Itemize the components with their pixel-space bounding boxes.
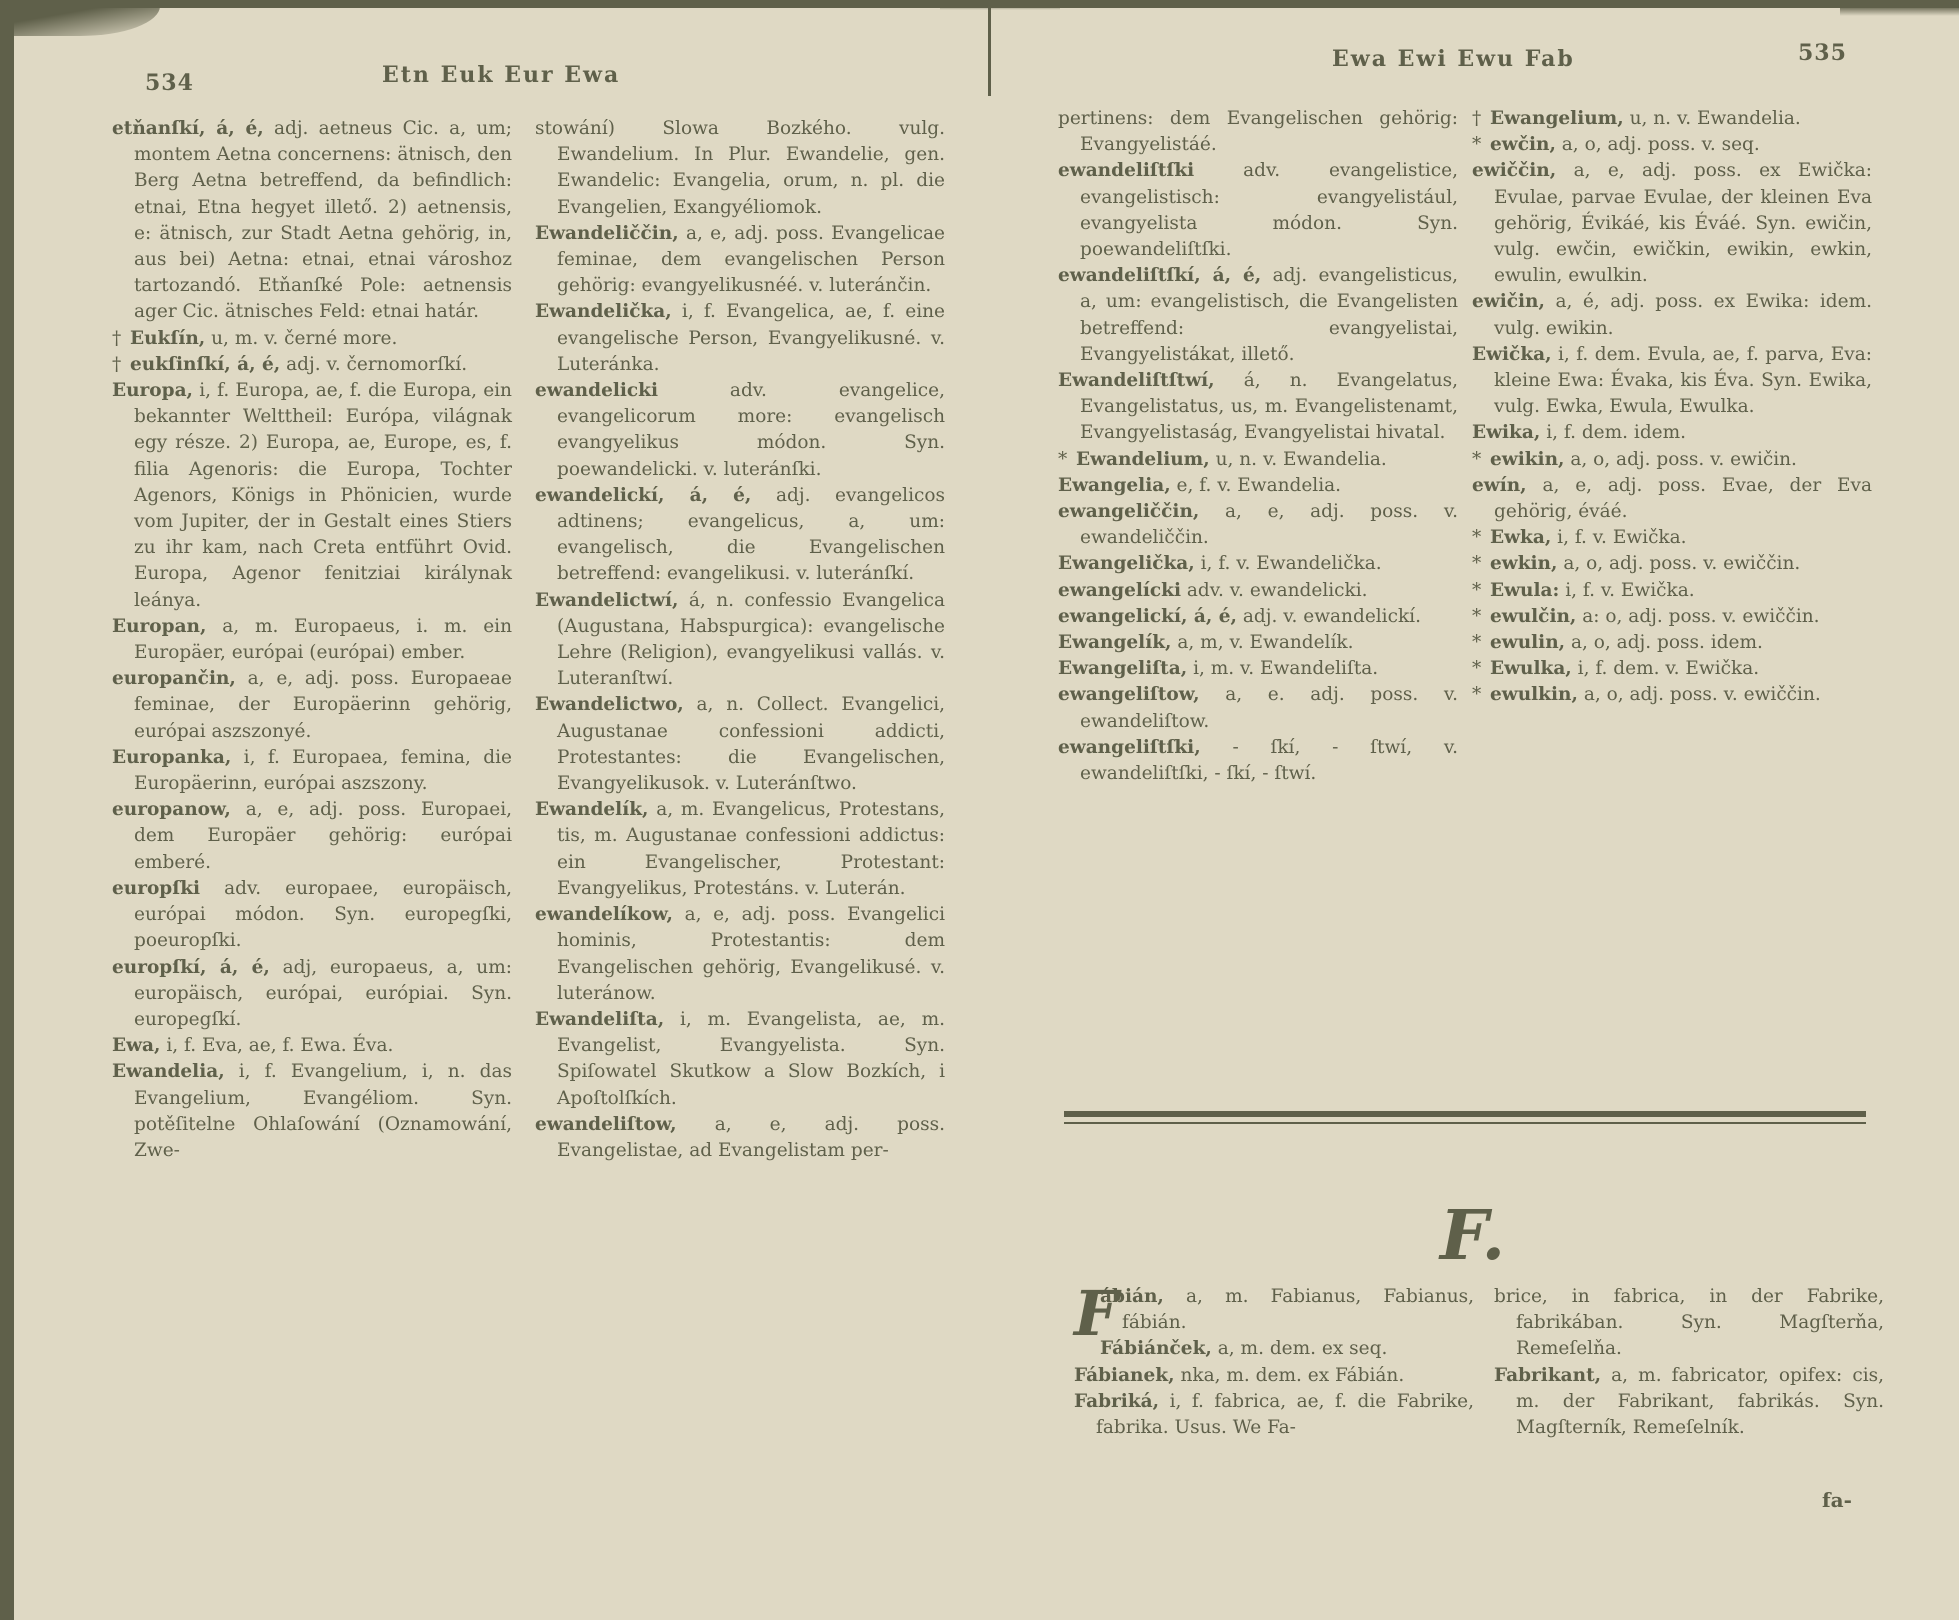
dictionary-entry: Ewandelička, i, f. Evangelica, ae, f. ei… (535, 299, 945, 378)
asterisk-icon: * (1472, 551, 1490, 577)
entry-definition: a: o, adj. poss. v. ewiččin. (1582, 606, 1819, 627)
entry-definition: stowání) Slowa Bozkého. vulg. Ewandelium… (535, 118, 945, 218)
entry-definition: a, m. dem. ex seq. (1218, 1338, 1388, 1359)
asterisk-icon: * (1472, 656, 1490, 682)
dictionary-entry: ewandeliſtſkí, á, é, adj. evangelisticus… (1058, 263, 1458, 368)
entry-definition: a, e, adj. poss. Evae, der Eva gehörig, … (1494, 475, 1872, 522)
dictionary-entry: *Ewandelium, u, n. v. Ewandelia. (1058, 447, 1458, 473)
entry-headword: Ewula: (1490, 580, 1559, 601)
section-letter-heading: F. (1440, 1196, 1505, 1276)
entry-headword: ewandelicki (535, 380, 658, 401)
page-number: 535 (1798, 40, 1847, 66)
entry-headword: ewulkin, (1490, 684, 1578, 705)
section-column-2: brice, in fabrica, in der Fabrike, fabri… (1494, 1284, 1884, 1441)
dictionary-entry: †Eukſín, u, m. v. černé more. (112, 326, 512, 352)
entry-headword: Ewandelictwo, (535, 694, 684, 715)
entry-definition: adj. v. ewandelickí. (1243, 606, 1421, 627)
entry-definition: adj. v. černomorſkí. (286, 354, 467, 375)
entry-headword: europanow, (112, 799, 231, 820)
dictionary-entry: ewandelickí, á, é, adj. evangelicos adti… (535, 483, 945, 588)
scan-border-left (0, 0, 14, 1620)
dictionary-entry: †eukſinſkí, á, é, adj. v. černomorſkí. (112, 352, 512, 378)
asterisk-icon: * (1472, 525, 1490, 551)
gutter-shadow (940, 0, 1060, 10)
asterisk-icon: * (1472, 682, 1490, 708)
obsolete-dagger-icon: † (112, 326, 130, 352)
dictionary-entry: *Ewulka, i, f. dem. v. Ewička. (1472, 656, 1872, 682)
dictionary-entry: ewín, a, e, adj. poss. Evae, der Eva geh… (1472, 473, 1872, 525)
entry-definition: i, f. v. Ewička. (1557, 527, 1686, 548)
asterisk-icon: * (1472, 578, 1490, 604)
entry-headword: Ewa, (112, 1035, 160, 1056)
dictionary-entry: Europa, i, f. Europa, ae, f. die Europa,… (112, 378, 512, 614)
dictionary-entry: *ewulin, a, o, adj. poss. idem. (1472, 630, 1872, 656)
entry-headword: ewangeliččin, (1058, 501, 1199, 522)
dictionary-entry: *ewkin, a, o, adj. poss. v. ewiččin. (1472, 551, 1872, 577)
dictionary-entry: ewangelickí, á, é, adj. v. ewandelickí. (1058, 604, 1458, 630)
entry-headword: Ewandelík, (535, 799, 648, 820)
dictionary-entry: Ewangelička, i, f. v. Ewandelička. (1058, 551, 1458, 577)
entry-definition: a, m. Fabianus, Fabianus, fábián. (1122, 1286, 1474, 1333)
entry-definition: i, f. v. Ewandelička. (1201, 553, 1382, 574)
entry-headword: ewandeliſtſkí, á, é, (1058, 265, 1261, 286)
entry-definition: i, f. Eva, ae, f. Ewa. Éva. (166, 1035, 393, 1056)
entry-definition: i, f. v. Ewička. (1565, 580, 1694, 601)
entry-headword: Ewandelictwí, (535, 590, 678, 611)
dictionary-entry: ewangeliſtow, a, e. adj. poss. v. ewande… (1058, 682, 1458, 734)
entry-headword: ewandeliſtow, (535, 1114, 677, 1135)
dictionary-entry: *ewulkin, a, o, adj. poss. v. ewiččin. (1472, 682, 1872, 708)
dictionary-entry: Ewangelík, a, m, v. Ewandelík. (1058, 630, 1458, 656)
entry-headword: etňanſkí, á, é, (112, 118, 264, 139)
dictionary-entry: *ewulčin, a: o, adj. poss. v. ewiččin. (1472, 604, 1872, 630)
dictionary-entry: Ewika, i, f. dem. idem. (1472, 420, 1872, 446)
page-number: 534 (145, 70, 194, 96)
dictionary-entry: ewičin, a, é, adj. poss. ex Ewika: idem.… (1472, 289, 1872, 341)
dictionary-entry: Ewandelictwo, a, n. Collect. Evangelici,… (535, 692, 945, 797)
dictionary-entry: ewandeliſtſki adv. evangelistice, evange… (1058, 158, 1458, 263)
dictionary-entry: Ewička, i, f. dem. Evula, ae, f. parva, … (1472, 342, 1872, 421)
dictionary-entry: ewandelíkow, a, e, adj. poss. Evangelici… (535, 902, 945, 1007)
column-2: stowání) Slowa Bozkého. vulg. Ewandelium… (535, 116, 945, 1164)
entry-headword: eukſinſkí, á, é, (130, 354, 280, 375)
entry-headword: Eukſín, (130, 328, 205, 349)
entry-headword: ewandelickí, á, é, (535, 485, 751, 506)
entry-definition: a, o, adj. poss. v. ewiččin. (1563, 553, 1800, 574)
entry-headword: ewiččin, (1472, 160, 1556, 181)
dictionary-entry: stowání) Slowa Bozkého. vulg. Ewandelium… (535, 116, 945, 221)
dictionary-entry: ewiččin, a, e, adj. poss. ex Ewička: Evu… (1472, 158, 1872, 289)
entry-definition: a, o, adj. poss. v. ewičin. (1570, 449, 1797, 470)
entry-definition: i, f. Europa, ae, f. die Europa, ein bek… (134, 380, 512, 611)
entry-definition: u, n. v. Ewandelia. (1630, 108, 1801, 129)
dictionary-entry: ewangeliſtſki, - ſkí, - ſtwí, v. ewandel… (1058, 735, 1458, 787)
section-divider-thick (1064, 1111, 1866, 1117)
entry-headword: ewangeliſtow, (1058, 684, 1200, 705)
entry-definition: a, é, adj. poss. ex Ewika: idem. vulg. e… (1494, 291, 1872, 338)
dictionary-entry: ewangeliččin, a, e, adj. poss. v. ewande… (1058, 499, 1458, 551)
entry-definition: i, m. v. Ewandeliſta. (1193, 658, 1378, 679)
entry-definition: u, n. v. Ewandelia. (1216, 449, 1387, 470)
entry-headword: ewandelíkow, (535, 904, 673, 925)
dictionary-entry: *ewikin, a, o, adj. poss. v. ewičin. (1472, 447, 1872, 473)
dictionary-entry: Ewangelia, e, f. v. Ewandelia. (1058, 473, 1458, 499)
dictionary-entry: Fabrikant, a, m. fabricator, opifex: cis… (1494, 1363, 1884, 1442)
entry-headword: ewangelickí, á, é, (1058, 606, 1237, 627)
asterisk-icon: * (1472, 630, 1490, 656)
entry-definition: i, f. dem. idem. (1546, 422, 1686, 443)
entry-headword: Fábiánček, (1100, 1338, 1212, 1359)
entry-headword: ewkin, (1490, 553, 1557, 574)
entry-headword: Ewangelium, (1490, 108, 1624, 129)
entry-definition: nka, m. dem. ex Fábián. (1180, 1365, 1404, 1386)
page-corner-shadow (10, 6, 160, 36)
entry-definition: a, o, adj. poss. v. seq. (1562, 134, 1760, 155)
dictionary-entry: Europan, a, m. Europaeus, i. m. ein Euro… (112, 614, 512, 666)
obsolete-dagger-icon: † (112, 352, 130, 378)
entry-definition: adv. v. ewandelicki. (1187, 580, 1368, 601)
entry-definition: a, m, v. Ewandelík. (1177, 632, 1353, 653)
dictionary-entry: *ewčin, a, o, adj. poss. v. seq. (1472, 132, 1872, 158)
dictionary-entry: brice, in fabrica, in der Fabrike, fabri… (1494, 1284, 1884, 1363)
entry-headword: ewangelícki (1058, 580, 1181, 601)
entry-headword: ewandeliſtſki (1058, 160, 1194, 181)
entry-headword: Ewandeliččin, (535, 223, 679, 244)
dictionary-entry: europančin, a, e, adj. poss. Europaeae f… (112, 666, 512, 745)
dictionary-entry: ewangelícki adv. v. ewandelicki. (1058, 578, 1458, 604)
entry-headword: Europa, (112, 380, 193, 401)
running-head: Etn Euk Eur Ewa (382, 62, 620, 88)
entry-headword: Europanka, (112, 747, 231, 768)
entry-headword: Ewangelík, (1058, 632, 1171, 653)
section-divider-thin (1064, 1122, 1866, 1124)
column-2: †Ewangelium, u, n. v. Ewandelia.*ewčin, … (1472, 106, 1872, 709)
entry-definition: e, f. v. Ewandelia. (1177, 475, 1342, 496)
column-1: pertinens: dem Evangelischen gehörig: Ev… (1058, 106, 1458, 787)
entry-definition: pertinens: dem Evangelischen gehörig: Ev… (1058, 108, 1458, 155)
entry-headword: Ewandelium, (1076, 449, 1210, 470)
dictionary-entry: Ewangeliſta, i, m. v. Ewandeliſta. (1058, 656, 1458, 682)
asterisk-icon: * (1472, 132, 1490, 158)
dictionary-entry: Europanka, i, f. Europaea, femina, die E… (112, 745, 512, 797)
entry-headword: Ewangelička, (1058, 553, 1195, 574)
dictionary-entry: †Ewangelium, u, n. v. Ewandelia. (1472, 106, 1872, 132)
dictionary-entry: Ewa, i, f. Eva, ae, f. Ewa. Éva. (112, 1033, 512, 1059)
dictionary-entry: Ewandelictwí, á, n. confessio Evangelica… (535, 588, 945, 693)
page-edge-shadow (1840, 6, 1959, 16)
dictionary-entry: ewandelicki adv. evangelice, evangelicor… (535, 378, 945, 483)
entry-definition: a, o, adj. poss. idem. (1571, 632, 1763, 653)
entry-headword: Fabriká, (1074, 1391, 1159, 1412)
entry-headword: europſkí, á, é, (112, 957, 270, 978)
gutter-line (988, 8, 991, 96)
entry-headword: Ewandeliſtſtwí, (1058, 370, 1215, 391)
running-head: Ewa Ewi Ewu Fab (1332, 46, 1575, 72)
catchword: fa- (1822, 1488, 1852, 1512)
asterisk-icon: * (1472, 604, 1490, 630)
dictionary-entry: etňanſkí, á, é, adj. aetneus Cic. a, um;… (112, 116, 512, 326)
dictionary-entry: *Ewka, i, f. v. Ewička. (1472, 525, 1872, 551)
entry-headword: Ewandeliſta, (535, 1009, 664, 1030)
entry-definition: brice, in fabrica, in der Fabrike, fabri… (1494, 1286, 1884, 1359)
dictionary-entry: Fabriká, i, f. fabrica, ae, f. die Fabri… (1074, 1389, 1474, 1441)
entry-headword: europſki (112, 878, 200, 899)
entry-headword: Fabrikant, (1494, 1365, 1601, 1386)
dictionary-entry: europſkí, á, é, adj, europaeus, a, um: e… (112, 955, 512, 1034)
asterisk-icon: * (1058, 447, 1076, 473)
entry-definition: u, m. v. černé more. (211, 328, 397, 349)
entry-headword: Ewangeliſta, (1058, 658, 1187, 679)
dictionary-entry: europanow, a, e, adj. poss. Europaei, de… (112, 797, 512, 876)
entry-headword: Ewika, (1472, 422, 1540, 443)
dictionary-entry: Ewandeliſta, i, m. Evangelista, ae, m. E… (535, 1007, 945, 1112)
dictionary-entry: Ewandelík, a, m. Evangelicus, Protestans… (535, 797, 945, 902)
entry-headword: Ewka, (1490, 527, 1551, 548)
entry-headword: Ewulka, (1490, 658, 1572, 679)
dictionary-entry: ewandeliſtow, a, e, adj. poss. Evangelis… (535, 1112, 945, 1164)
column-1: etňanſkí, á, é, adj. aetneus Cic. a, um;… (112, 116, 512, 1164)
dictionary-entry: Fábianek, nka, m. dem. ex Fábián. (1074, 1363, 1474, 1389)
entry-headword: ewulin, (1490, 632, 1565, 653)
dictionary-entry: Ewandeliſtſtwí, á, n. Evangelatus, Evang… (1058, 368, 1458, 447)
entry-headword: Ewandelička, (535, 301, 672, 322)
dictionary-entry: Ewandeliččin, a, e, adj. poss. Evangelic… (535, 221, 945, 300)
entry-headword: ewikin, (1490, 449, 1564, 470)
entry-headword: ewulčin, (1490, 606, 1576, 627)
entry-headword: Fábianek, (1074, 1365, 1175, 1386)
entry-definition: i, f. dem. v. Ewička. (1578, 658, 1759, 679)
obsolete-dagger-icon: † (1472, 106, 1490, 132)
dictionary-entry: Fábiánček, a, m. dem. ex seq. (1074, 1336, 1474, 1362)
entry-headword: Ewička, (1472, 344, 1552, 365)
entry-headword: europančin, (112, 668, 236, 689)
entry-headword: ewangeliſtſki, (1058, 737, 1201, 758)
entry-headword: ábián, (1100, 1286, 1164, 1307)
entry-definition: adj. aetneus Cic. a, um; montem Aetna co… (134, 118, 512, 322)
asterisk-icon: * (1472, 447, 1490, 473)
entry-headword: ewičin, (1472, 291, 1545, 312)
entry-headword: Ewandelia, (112, 1061, 225, 1082)
entry-headword: Ewangelia, (1058, 475, 1171, 496)
dictionary-entry: *Ewula: i, f. v. Ewička. (1472, 578, 1872, 604)
entry-definition: a, o, adj. poss. v. ewiččin. (1584, 684, 1821, 705)
dictionary-entry: Ewandelia, i, f. Evangelium, i, n. das E… (112, 1059, 512, 1164)
dictionary-entry: europſki adv. europaee, europäisch, euró… (112, 876, 512, 955)
section-column-1: Fábián, a, m. Fabianus, Fabianus, fábián… (1074, 1284, 1474, 1441)
dictionary-entry: pertinens: dem Evangelischen gehörig: Ev… (1058, 106, 1458, 158)
entry-headword: ewín, (1472, 475, 1527, 496)
dictionary-entry: Fábián, a, m. Fabianus, Fabianus, fábián… (1074, 1284, 1474, 1336)
entry-headword: ewčin, (1490, 134, 1556, 155)
entry-headword: Europan, (112, 616, 206, 637)
